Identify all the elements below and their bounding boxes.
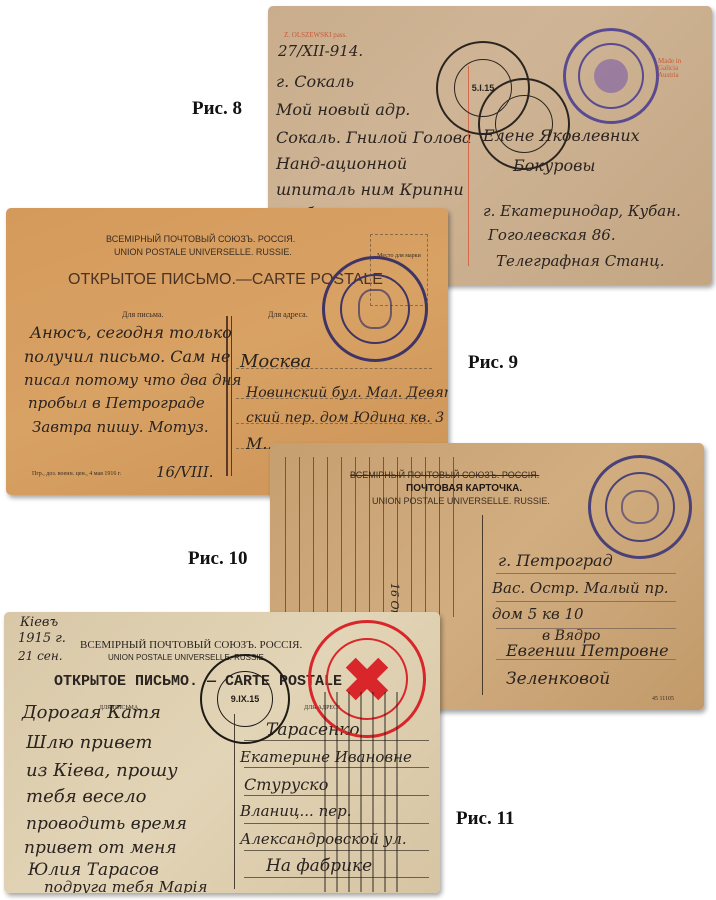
message-line-1: Дорогая Катя [22,704,161,722]
header-french: UNION POSTALE UNIVERSELLE. RUSSIE. [114,248,292,257]
corner-note-2: 1915 г. [18,632,66,645]
caption-fig8: Рис. 8 [192,98,242,120]
address-rule [496,573,676,574]
corner-note-1: Кiевъ [20,616,58,629]
caption-fig11: Рис. 11 [456,808,514,830]
message-line-3: писал потому что два дня [24,373,241,388]
message-line-8: подруга тебя Марiя [44,880,207,893]
divider-line [482,515,483,695]
cancellation-bars [324,692,404,892]
postmark-kiev: 9.IX.15 [200,654,290,744]
address-line-3: ский пер. дом Юдина кв. 3 [246,411,444,425]
publisher-text: Z. OLSZEWSKI pass. [284,32,347,39]
address-line-3: Стуруско [244,777,328,793]
caption-fig10: Рис. 10 [188,548,248,570]
made-in-text: Made in Galicia Austria [658,58,698,79]
postcard-fig11: Кiевъ 1915 г. 21 сен. ВСЕМIРНЫЙ ПОЧТОВЫЙ… [4,612,440,893]
label-letter: Для письма. [122,311,163,319]
message-line-7: Юлия Тарасов [28,862,159,879]
seal-violet [563,28,659,124]
address-line-5: Телеграфная Станц. [496,254,664,269]
card-title: ОТКРЫТОЕ ПИСЬМО. — CARTE POSTALE [54,674,342,689]
message-line-6: привет от меня [24,840,177,857]
message-line-5: Завтра пишу. Мотуз. [32,420,209,435]
caption-fig9: Рис. 9 [468,352,518,374]
date-handwritten: 27/XII-914. [278,44,363,59]
address-rule [496,601,676,602]
message-line-1: г. Сокаль [276,74,354,90]
message-line-2: получил письмо. Сам не [24,349,230,365]
message-line-4: Нанд-ационной [276,156,407,172]
label-address: Для адреса. [268,311,308,319]
message-line-3: из Кiева, прошу [26,762,178,780]
address-line-3: дом 5 кв 10 [492,607,584,622]
seal-automobile-school [322,256,428,362]
serial-number: 45 11105 [652,696,674,702]
address-line-2: Бокуровы [513,158,595,174]
corner-note-3: 21 сен. [18,650,63,662]
address-line-2: Новинский бул. Мал. Девятин- [246,386,448,400]
message-line-5: шпиталь ним Крипни [276,182,464,198]
header-russian: ВСЕМIРНЫЙ ПОЧТОВЫЙ СОЮЗЪ. РОССIЯ. [106,235,295,244]
message-line-4: пробыл в Петрограде [28,396,205,411]
address-line-2: Вас. Остр. Малый пр. [492,581,669,596]
message-line-3: Сокаль. Гнилой Голова [276,130,472,146]
signature-date: 16/VIII. [156,465,214,480]
message-line-4: тебя весело [26,788,147,806]
message-line-2: Мой новый адр. [276,102,410,118]
address-line-4: Гоголевская 86. [488,228,616,243]
address-line-5: Евгении Петровне [506,643,669,659]
message-line-1: Анюсъ, сегодня только [30,325,232,341]
address-line-6: Зеленковой [506,671,610,688]
address-line-1: Елене Яковлевних [483,128,640,144]
message-line-5: проводить время [26,816,187,833]
address-line-3: г. Екатеринодар, Кубан. [483,204,681,219]
address-line-1: г. Петроград [498,553,613,569]
address-line-1: Москва [240,353,311,371]
seal-petrograd-school [588,455,692,559]
message-line-2: Шлю привет [26,734,152,752]
side-message [276,457,466,617]
header-russian: ВСЕМIРНЫЙ ПОЧТОВЫЙ СОЮЗЪ. РОССIЯ. [80,640,302,651]
censor-footer: Пгр., доз. военн. цен., 4 мая 1916 г. [32,471,121,477]
